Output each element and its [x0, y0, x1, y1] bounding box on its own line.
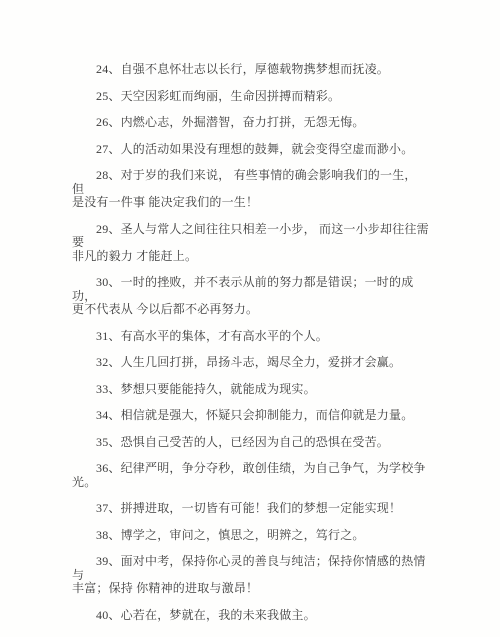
quote-item: 28、对于岁的我们来说， 有些事情的确会影响我们的一生， 但 是没有一件事 能决… — [72, 169, 430, 210]
quote-item: 25、天空因彩虹而绚丽，生命因拼搏而精彩。 — [72, 90, 430, 104]
quote-item: 39、面对中考，保持你心灵的善良与纯洁；保持你情感的热情与 丰富；保持 你精神的… — [72, 555, 430, 596]
quote-item: 29、圣人与常人之间往往只相差一小步， 而这一小步却往往需要 非凡的毅力 才能赶… — [72, 223, 430, 264]
quote-item: 24、自强不息怀壮志以长行，厚德载物携梦想而抚凌。 — [72, 63, 430, 77]
quote-item: 40、心若在，梦就在，我的未来我做主。 — [72, 609, 430, 623]
quotes-list: 24、自强不息怀壮志以长行，厚德载物携梦想而抚凌。25、天空因彩虹而绚丽，生命因… — [72, 63, 430, 622]
quote-item: 27、人的活动如果没有理想的鼓舞，就会变得空虚而渺小。 — [72, 143, 430, 157]
quote-item: 37、拼搏进取，一切皆有可能！我们的梦想一定能实现！ — [72, 502, 430, 516]
quote-item: 31、有高水平的集体，才有高水平的个人。 — [72, 330, 430, 344]
quote-item: 33、梦想只要能能持久，就能成为现实。 — [72, 383, 430, 397]
quote-item: 38、博学之，审问之，慎思之，明辨之，笃行之。 — [72, 529, 430, 543]
quote-item: 34、相信就是强大，怀疑只会抑制能力，而信仰就是力量。 — [72, 409, 430, 423]
quote-item: 32、人生几回打拼，昂扬斗志，竭尽全力，爱拼才会赢。 — [72, 356, 430, 370]
quote-item: 30、一时的挫败，并不表示从前的努力都是错误；一时的成功， 更不代表从 今以后都… — [72, 276, 430, 317]
quote-item: 35、恐惧自己受苦的人，已经因为自己的恐惧在受苦。 — [72, 436, 430, 450]
quote-item: 36、纪律严明，争分夺秒，敢创佳绩，为自己争气，为学校争 光。 — [72, 462, 430, 489]
document-page: 24、自强不息怀壮志以长行，厚德载物携梦想而抚凌。25、天空因彩虹而绚丽，生命因… — [0, 0, 500, 637]
quote-item: 26、内燃心志，外掘潜智，奋力打拼，无怨无悔。 — [72, 116, 430, 130]
